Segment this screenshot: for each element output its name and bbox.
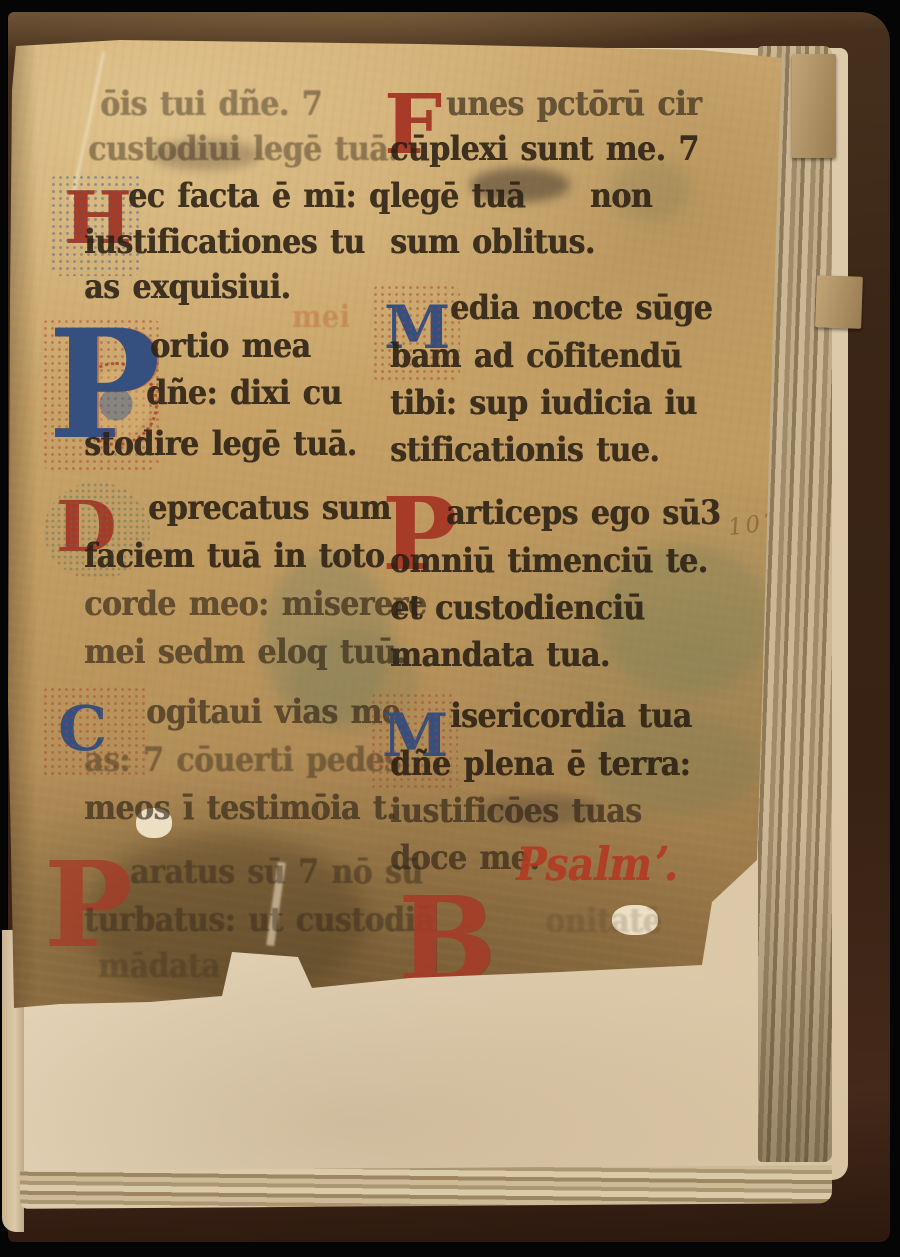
text-line: aratus sū 7 nō sū xyxy=(130,856,423,890)
text-line: ec facta ē mī: q xyxy=(128,180,389,214)
text-line: legē tuā non xyxy=(390,180,652,214)
text-line: ōis tui dñe. 7 xyxy=(100,88,322,122)
text-line: edia nocte sūge xyxy=(450,292,712,326)
offset-ghost-text: mei xyxy=(292,298,350,334)
text-line: meos ī testimōia t. xyxy=(84,792,396,826)
text-line: cūplexi sunt me. 7 xyxy=(390,133,699,167)
text-line: as: 7 cōuerti pedes xyxy=(84,744,400,778)
text-line: omniū timenciū te. xyxy=(390,545,707,579)
text-line: onitatē xyxy=(545,905,661,939)
text-line: dñe plena ē terra: xyxy=(390,748,690,782)
fore-edge-tab xyxy=(815,275,863,329)
text-line: articeps ego sū3 xyxy=(446,497,720,531)
text-line: dñe: dixi cu xyxy=(146,377,342,411)
text-line: custodiui legē tuā. xyxy=(88,133,398,167)
parchment-leaf: ōis tui dñe. 7 custodiui legē tuā. H ec … xyxy=(6,34,790,1036)
text-line: mei sedm eloq tuū. xyxy=(84,636,406,670)
bottom-page-edges xyxy=(20,1165,832,1209)
fore-edge-tab-top xyxy=(792,54,836,158)
text-line: faciem tuā in toto xyxy=(84,540,384,574)
text-line: isericordia tua xyxy=(450,700,692,734)
text-line: bam ad cōfitendū xyxy=(390,340,682,374)
text-line: turbatus: ut custodiā xyxy=(84,904,434,938)
text-line: tibi: sup iudicia iu xyxy=(390,387,697,421)
text-line: mandata tua. xyxy=(390,639,610,673)
text-line: corde meo: miserere xyxy=(84,588,426,622)
text-line: eprecatus sum xyxy=(148,492,391,526)
text-line: sum oblitus. xyxy=(390,226,595,260)
text-line: iustificationes tu xyxy=(84,226,365,260)
text-line: unes pctōrū cir xyxy=(446,88,701,122)
text-line: ortio mea xyxy=(150,330,310,364)
text-line: iustificōes tuas xyxy=(390,795,641,829)
text-line: ogitaui vias me xyxy=(146,696,400,730)
text-line: et custodienciū xyxy=(390,592,644,626)
text-line: stodire legē tuā. xyxy=(84,428,357,462)
text-line: stificationis tue. xyxy=(390,434,659,468)
manuscript-photo: ōis tui dñe. 7 custodiui legē tuā. H ec … xyxy=(0,0,900,1257)
